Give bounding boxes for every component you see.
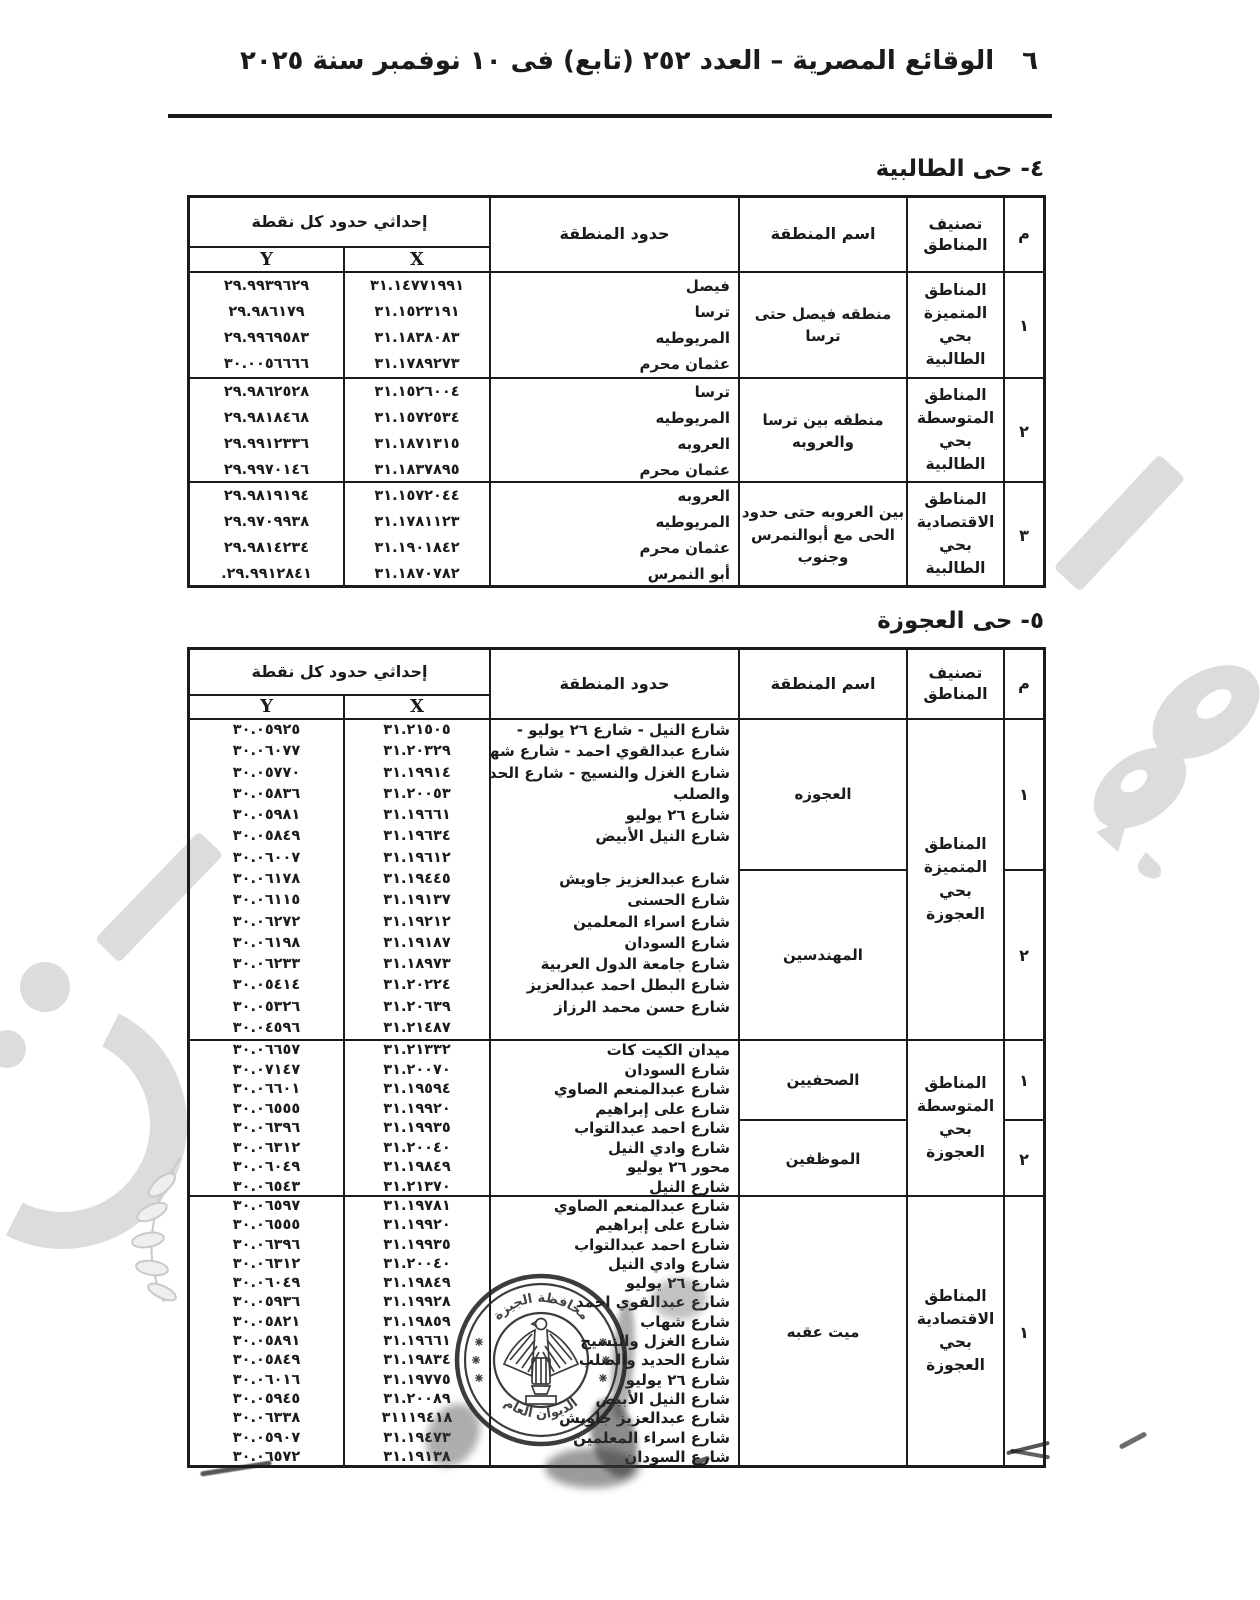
y-value: ٢٩.٩٩١٢٨٤١.: [190, 561, 343, 585]
column-header-y: Y: [190, 248, 343, 273]
row-number: ٢: [1005, 1119, 1043, 1195]
gazette-header-title: الوقائع المصرية – العدد ٢٥٢ (تابع) فى ١٠…: [212, 46, 1022, 76]
x-value: ٣١.١٧٨٩٢٧٣: [345, 351, 489, 377]
x-value: ٣١.١٩٥٩٤: [345, 1080, 489, 1100]
column-header-m: م: [1003, 198, 1043, 273]
boundary-line: عثمان محرم: [491, 351, 738, 377]
x-value: ٣١.٢٠٦٣٩: [345, 997, 489, 1018]
section-title: ٥- حى العجوزة: [193, 608, 1044, 634]
boundaries-cell: فيصلترساالمريوطيهعثمان محرم: [489, 273, 738, 377]
y-value: ٢٩.٩٩٣٩٦٢٩: [190, 273, 343, 299]
boundary-line: عثمان محرم: [491, 457, 738, 481]
y-value: ٢٩.٩٨١٩١٩٤: [190, 483, 343, 509]
row-number: ٣: [1005, 483, 1043, 585]
x-value: ٣١.١٩٩٢٠: [345, 1216, 489, 1235]
x-value: ٣١.١٩١٣٧: [345, 890, 489, 911]
classification-cell: المناطق المتميزة بحي الطالبية: [906, 273, 1003, 377]
y-value: ٣٠.٠٦١١٥: [190, 890, 343, 911]
y-value: ٢٩.٩٩٦٩٥٨٣: [190, 325, 343, 351]
boundary-lines: ترساالمريوطيهالعروبهعثمان محرم: [491, 379, 738, 481]
boundary-line: شارع احمد عبدالتواب: [491, 1236, 738, 1255]
x-value: ٣١.١٥٧٢٠٤٤: [345, 483, 489, 509]
boundary-line: شارع البطل احمد عبدالعزيز: [491, 975, 738, 996]
boundary-lines: شارع النيل - شارع ٢٦ يوليو -شارع عبدالقو…: [491, 720, 738, 869]
column-header-x: X: [343, 696, 489, 720]
y-value: ٣٠.٠٦٣٩٦: [190, 1236, 343, 1255]
x-value: ٣١.١٩٠١٨٤٢: [345, 535, 489, 561]
boundary-line: شارع الغزل والنسيج - شارع الحديد: [491, 763, 738, 784]
area-name: ميت عقبه: [740, 1197, 906, 1465]
x-value: ٣١.٢١٣٣٢: [345, 1041, 489, 1061]
row-number: ١: [1005, 273, 1043, 377]
x-value: ٣١.١٥٧٢٥٣٤: [345, 405, 489, 431]
boundary-lines: ميدان الكيت كاتشارع السودانشارع عبدالمنع…: [491, 1041, 738, 1119]
x-values: ٣١.١٥٧٢٠٤٤٣١.١٧٨١١٢٣٣١.١٩٠١٨٤٢٣١.١٨٧٠٧٨٢: [345, 483, 489, 585]
x-value: ٣١.١٩٩٢٠: [345, 1100, 489, 1120]
y-value: ٣٠.٠٥٨٣٦: [190, 784, 343, 805]
row-number: ٢: [1005, 869, 1043, 1039]
column-header-classification: تصنيف المناطق: [906, 198, 1003, 273]
row-number-cell: ١: [1003, 1195, 1043, 1465]
x-value: ٣١.١٩٩٣٥: [345, 1236, 489, 1255]
boundary-line: محور ٢٦ يوليو: [491, 1158, 738, 1178]
classification-cell: المناطق الاقتصادية بحي العجوزة: [906, 1195, 1003, 1465]
boundary-line: شارع النيل الأبيض: [491, 826, 738, 847]
area-name: منطقه بين ترسا والعروبه: [740, 379, 906, 481]
y-value: ٣٠.٠٦٦٠١: [190, 1080, 343, 1100]
y-value: ٣٠.٠٦٢٧٢: [190, 912, 343, 933]
gazette-scanned-page: ٦ الوقائع المصرية – العدد ٢٥٢ (تابع) فى …: [0, 0, 1260, 1600]
x-value: ٣١.١٥٢٣١٩١: [345, 299, 489, 325]
x-value: ٣١.٢٠٠٤٠: [345, 1139, 489, 1159]
y-value: ٣٠.٠٦٠٤٩: [190, 1158, 343, 1178]
boundary-line: ترسا: [491, 379, 738, 405]
ink-smudge-stamp-edge: [652, 1278, 707, 1320]
x-value: ٣١.١٨٧٠٧٨٢: [345, 561, 489, 585]
y-coordinates-cell: ٢٩.٩٨١٩١٩٤٢٩.٩٧٠٩٩٣٨٢٩.٩٨١٤٢٣٤٢٩.٩٩١٢٨٤١…: [190, 481, 343, 585]
area-name-cell: الصحفيينالموظفين: [738, 1039, 906, 1195]
classification-cell: المناطق المتميزة بحي العجوزة: [906, 720, 1003, 1039]
watermark-calligraphy-right: [1088, 650, 1260, 885]
boundary-line: شارع الحسنى: [491, 890, 738, 911]
page-header: ٦ الوقائع المصرية – العدد ٢٥٢ (تابع) فى …: [212, 46, 1038, 76]
pen-mark-right: [1119, 1431, 1148, 1449]
eagle-emblem: [504, 1319, 578, 1405]
y-value: ٢٩.٩٨٦١٧٩: [190, 299, 343, 325]
official-round-stamp: محافظة الجيزة الديوان العام: [452, 1262, 630, 1462]
boundary-line: شارع النيل - شارع ٢٦ يوليو -: [491, 720, 738, 741]
boundary-line: فيصل: [491, 273, 738, 299]
y-value: ٣٠.٠٦٥٥٥: [190, 1216, 343, 1235]
boundary-line: شارع جامعة الدول العربية: [491, 954, 738, 975]
boundary-line: شارع النيل: [491, 1178, 738, 1196]
boundary-line: شارع عبدالقوي احمد - شارع شهاب -: [491, 741, 738, 762]
boundary-line: ميدان الكيت كات: [491, 1041, 738, 1061]
x-value: ٣١.٢٠٢٢٤: [345, 975, 489, 996]
row-number: ١: [1005, 720, 1043, 869]
x-values: ٣١.١٩٩٣٥٣١.٢٠٠٤٠٣١.١٩٨٤٩٣١.٢١٣٧٠: [345, 1119, 489, 1195]
y-value: ٢٩.٩٨٦٢٥٢٨: [190, 379, 343, 405]
x-values: ٣١.١٤٧٧١٩٩١٣١.١٥٢٣١٩١٣١.١٨٣٨٠٨٣٣١.١٧٨٩٢٧…: [345, 273, 489, 377]
y-values: ٣٠.٠٦١٧٨٣٠.٠٦١١٥٣٠.٠٦٢٧٢٣٠.٠٦١٩٨٣٠.٠٦٢٣٣…: [190, 869, 343, 1039]
boundaries-cell: ميدان الكيت كاتشارع السودانشارع عبدالمنع…: [489, 1039, 738, 1195]
y-value: ٣٠.٠٥٣٢٦: [190, 997, 343, 1018]
row-number-cell: ٣: [1003, 481, 1043, 585]
area-name-cell: بين العروبه حتى حدود الحى مع أبوالنمرس و…: [738, 481, 906, 585]
x-value: ٣١.٢١٥٠٥: [345, 720, 489, 741]
row-number-cell: ١٢: [1003, 1039, 1043, 1195]
column-header-coordinates: إحداثي حدود كل نقطة: [190, 198, 489, 248]
y-coordinates-cell: ٣٠.٠٦٥٩٧٣٠.٠٦٥٥٥٣٠.٠٦٣٩٦٣٠.٠٦٣١٢٣٠.٠٦٠٤٩…: [190, 1195, 343, 1465]
area-name: المهندسين: [740, 869, 906, 1039]
x-values: ٣١.٢١٣٣٢٣١.٢٠٠٧٠٣١.١٩٥٩٤٣١.١٩٩٢٠: [345, 1041, 489, 1119]
x-values: ٣١.١٥٢٦٠٠٤٣١.١٥٧٢٥٣٤٣١.١٨٧١٣١٥٣١.١٨٣٧٨٩٥: [345, 379, 489, 481]
y-value: ٣٠.٠٥٩٠٧: [190, 1429, 343, 1448]
x-coordinates-cell: ٣١.١٥٧٢٠٤٤٣١.١٧٨١١٢٣٣١.١٩٠١٨٤٢٣١.١٨٧٠٧٨٢: [343, 481, 489, 585]
boundary-lines: شارع احمد عبدالتوابشارع وادي النيلمحور ٢…: [491, 1119, 738, 1195]
y-value: ٣٠.٠٥٨٤٩: [190, 826, 343, 847]
y-value: ٢٩.٩٧٠٩٩٣٨: [190, 509, 343, 535]
boundary-line: شارع اسراء المعلمين: [491, 912, 738, 933]
classification-cell: المناطق المتوسطة بحي الطالبية: [906, 377, 1003, 481]
y-value: ٣٠.٠٦٥٥٥: [190, 1100, 343, 1120]
y-value: ٣٠.٠٥٩٢٥: [190, 720, 343, 741]
y-value: ٣٠.٠٦٣٣٨: [190, 1409, 343, 1428]
y-values: ٣٠.٠٦٥٩٧٣٠.٠٦٥٥٥٣٠.٠٦٣٩٦٣٠.٠٦٣١٢٣٠.٠٦٠٤٩…: [190, 1197, 343, 1465]
page-number: ٦: [1022, 46, 1038, 76]
column-header-area-name: اسم المنطقة: [738, 650, 906, 720]
area-name: الموظفين: [740, 1119, 906, 1195]
x-value: ٣١.٢٠٠٥٣: [345, 784, 489, 805]
y-value: ٣٠.٠٥٩٣٦: [190, 1293, 343, 1312]
area-name: منطقه فيصل حتى ترسا: [740, 273, 906, 377]
classification-cell: المناطق المتوسطة بحي العجوزة: [906, 1039, 1003, 1195]
boundary-line: شارع عبدالمنعم الصاوي: [491, 1197, 738, 1216]
y-value: ٣٠.٠٦٦٥٧: [190, 1041, 343, 1061]
x-value: ٣١.١٩٧٨١: [345, 1197, 489, 1216]
y-value: ٣٠.٠٠٥٦٦٦٦: [190, 351, 343, 377]
x-values: ٣١.١٩٤٤٥٣١.١٩١٣٧٣١.١٩٢١٢٣١.١٩١٨٧٣١.١٨٩٧٣…: [345, 869, 489, 1039]
boundary-line: شارع حسن محمد الرزاز: [491, 997, 738, 1018]
y-value: ٣٠.٠٦٠٧٧: [190, 741, 343, 762]
watermark-laurel-branch: [112, 1150, 192, 1310]
x-value: ٣١.٢١٤٨٧: [345, 1018, 489, 1039]
y-value: ٣٠.٠٦٣١٢: [190, 1139, 343, 1159]
y-value: ٣٠.٠٦١٩٨: [190, 933, 343, 954]
y-coordinates-cell: ٣٠.٠٦٦٥٧٣٠.٠٧١٤٧٣٠.٠٦٦٠١٣٠.٠٦٥٥٥٣٠.٠٦٣٩٦…: [190, 1039, 343, 1195]
boundary-line: شارع على إبراهيم: [491, 1100, 738, 1120]
y-value: ٣٠.٠٥٤١٤: [190, 975, 343, 996]
x-value: ٣١.١٩٦١٢: [345, 848, 489, 869]
row-number: ١: [1005, 1197, 1043, 1465]
column-header-classification: تصنيف المناطق: [906, 650, 1003, 720]
boundaries-cell: ترساالمريوطيهالعروبهعثمان محرم: [489, 377, 738, 481]
boundary-line: شارع ٢٦ يوليو: [491, 805, 738, 826]
y-value: ٣٠.٠٦١٧٨: [190, 869, 343, 890]
y-value: ٣٠.٠٥٨٩١: [190, 1332, 343, 1351]
boundary-line: شارع السودان: [491, 933, 738, 954]
header-divider-line: [168, 114, 1052, 118]
area-name: بين العروبه حتى حدود الحى مع أبوالنمرس و…: [740, 483, 906, 585]
area-name: العجوزه: [740, 720, 906, 869]
area-name-cell: ميت عقبه: [738, 1195, 906, 1465]
x-value: ٣١.٢١٣٧٠: [345, 1178, 489, 1196]
area-name-cell: منطقه فيصل حتى ترسا: [738, 273, 906, 377]
y-value: ٣٠.٠٥٩٤٥: [190, 1390, 343, 1409]
x-value: ٣١.١٨٣٧٨٩٥: [345, 457, 489, 481]
boundary-line: شارع السودان: [491, 1061, 738, 1081]
column-header-area-name: اسم المنطقة: [738, 198, 906, 273]
x-value: ٣١.١٩٩٣٥: [345, 1119, 489, 1139]
y-coordinates-cell: ٢٩.٩٩٣٩٦٢٩٢٩.٩٨٦١٧٩٢٩.٩٩٦٩٥٨٣٣٠.٠٠٥٦٦٦٦: [190, 273, 343, 377]
x-value: ٣١.١٩٢١٢: [345, 912, 489, 933]
classification-cell: المناطق الاقتصادية بحي الطالبية: [906, 481, 1003, 585]
x-value: ٣١.١٩٨٤٩: [345, 1158, 489, 1178]
y-values: ٢٩.٩٨١٩١٩٤٢٩.٩٧٠٩٩٣٨٢٩.٩٨١٤٢٣٤٢٩.٩٩١٢٨٤١…: [190, 483, 343, 585]
row-number-cell: ١: [1003, 273, 1043, 377]
y-value: ٣٠.٠٦٣١٢: [190, 1255, 343, 1274]
y-value: ٢٩.٩٨١٨٤٦٨: [190, 405, 343, 431]
row-number-cell: ٢: [1003, 377, 1043, 481]
y-value: ٣٠.٠٧١٤٧: [190, 1061, 343, 1081]
y-value: ٢٩.٩٩٧٠١٤٦: [190, 457, 343, 481]
svg-text:الديوان العام: الديوان العام: [501, 1396, 581, 1423]
x-values: ٣١.٢١٥٠٥٣١.٢٠٣٢٩٣١.١٩٩١٤٣١.٢٠٠٥٣٣١.١٩٦٦١…: [345, 720, 489, 869]
x-coordinates-cell: ٣١.١٤٧٧١٩٩١٣١.١٥٢٣١٩١٣١.١٨٣٨٠٨٣٣١.١٧٨٩٢٧…: [343, 273, 489, 377]
x-coordinates-cell: ٣١.٢١٣٣٢٣١.٢٠٠٧٠٣١.١٩٥٩٤٣١.١٩٩٢٠٣١.١٩٩٣٥…: [343, 1039, 489, 1195]
boundary-line: أبو النمرس: [491, 561, 738, 585]
x-value: ٣١.١٩٦٣٤: [345, 826, 489, 847]
y-value: ٢٩.٩٩١٢٣٣٦: [190, 431, 343, 457]
y-value: ٣٠.٠٦٠١٦: [190, 1371, 343, 1390]
y-value: ٣٠.٠٦٥٤٣: [190, 1178, 343, 1196]
x-value: ٣١.١٧٨١١٢٣: [345, 509, 489, 535]
x-value: ٣١.١٩٦٦١: [345, 805, 489, 826]
boundary-line: والصلب: [491, 784, 738, 805]
boundary-line: العروبه: [491, 483, 738, 509]
x-value: ٣١.١٨٧١٣١٥: [345, 431, 489, 457]
boundary-lines: العروبهالمريوطيهعثمان محرمأبو النمرس: [491, 483, 738, 585]
boundaries-cell: شارع النيل - شارع ٢٦ يوليو -شارع عبدالقو…: [489, 720, 738, 1039]
boundary-line: شارع وادي النيل: [491, 1139, 738, 1159]
column-header-coordinates: إحداثي حدود كل نقطة: [190, 650, 489, 696]
y-values: ٣٠.٠٦٦٥٧٣٠.٠٧١٤٧٣٠.٠٦٦٠١٣٠.٠٦٥٥٥: [190, 1041, 343, 1119]
boundary-line: شارع عبدالعزيز جاويش: [491, 869, 738, 890]
x-value: ٣١.١٨٣٨٠٨٣: [345, 325, 489, 351]
x-value: ٣١.٢٠٣٢٩: [345, 741, 489, 762]
y-value: ٣٠.٠٤٥٩٦: [190, 1018, 343, 1039]
boundary-line: شارع على إبراهيم: [491, 1216, 738, 1235]
row-number-cell: ١٢: [1003, 720, 1043, 1039]
boundary-lines: فيصلترساالمريوطيهعثمان محرم: [491, 273, 738, 377]
boundary-line: المريوطيه: [491, 405, 738, 431]
x-value: ٣١.١٥٢٦٠٠٤: [345, 379, 489, 405]
watermark-diagonal-bar-right: [1053, 454, 1185, 592]
district-coordinates-table: متصنيف المناطقاسم المنطقةحدود المنطقةإحد…: [187, 195, 1046, 588]
x-value: ٣١.١٩٤٤٥: [345, 869, 489, 890]
y-value: ٣٠.٠٦٠٠٧: [190, 848, 343, 869]
y-value: ٢٩.٩٨١٤٢٣٤: [190, 535, 343, 561]
boundaries-cell: العروبهالمريوطيهعثمان محرمأبو النمرس: [489, 481, 738, 585]
boundary-line: عثمان محرم: [491, 535, 738, 561]
x-value: ٣١.١٨٩٧٣: [345, 954, 489, 975]
y-values: ٣٠.٠٦٣٩٦٣٠.٠٦٣١٢٣٠.٠٦٠٤٩٣٠.٠٦٥٤٣: [190, 1119, 343, 1195]
column-header-y: Y: [190, 696, 343, 720]
y-values: ٢٩.٩٨٦٢٥٢٨٢٩.٩٨١٨٤٦٨٢٩.٩٩١٢٣٣٦٢٩.٩٩٧٠١٤٦: [190, 379, 343, 481]
boundary-lines: شارع عبدالعزيز جاويششارع الحسنىشارع اسرا…: [491, 869, 738, 1039]
y-value: ٣٠.٠٦٠٤٩: [190, 1274, 343, 1293]
column-header-x: X: [343, 248, 489, 273]
boundary-line: شارع عبدالمنعم الصاوي: [491, 1080, 738, 1100]
area-name-cell: منطقه بين ترسا والعروبه: [738, 377, 906, 481]
y-coordinates-cell: ٢٩.٩٨٦٢٥٢٨٢٩.٩٨١٨٤٦٨٢٩.٩٩١٢٣٣٦٢٩.٩٩٧٠١٤٦: [190, 377, 343, 481]
x-value: ٣١.١٩١٨٧: [345, 933, 489, 954]
boundary-line: شارع احمد عبدالتواب: [491, 1119, 738, 1139]
y-values: ٣٠.٠٥٩٢٥٣٠.٠٦٠٧٧٣٠.٠٥٧٧٠٣٠.٠٥٨٣٦٣٠.٠٥٩٨١…: [190, 720, 343, 869]
x-value: ٣١.١٩٩١٤: [345, 763, 489, 784]
y-coordinates-cell: ٣٠.٠٥٩٢٥٣٠.٠٦٠٧٧٣٠.٠٥٧٧٠٣٠.٠٥٨٣٦٣٠.٠٥٩٨١…: [190, 720, 343, 1039]
x-coordinates-cell: ٣١.٢١٥٠٥٣١.٢٠٣٢٩٣١.١٩٩١٤٣١.٢٠٠٥٣٣١.١٩٦٦١…: [343, 720, 489, 1039]
boundary-line: المريوطيه: [491, 509, 738, 535]
y-value: ٣٠.٠٥٧٧٠: [190, 763, 343, 784]
y-value: ٣٠.٠٦٥٩٧: [190, 1197, 343, 1216]
boundary-line: ترسا: [491, 299, 738, 325]
column-header-boundaries: حدود المنطقة: [489, 198, 738, 273]
boundary-line: العروبه: [491, 431, 738, 457]
area-name: الصحفيين: [740, 1041, 906, 1119]
column-header-boundaries: حدود المنطقة: [489, 650, 738, 720]
y-value: ٣٠.٠٥٨٤٩: [190, 1351, 343, 1370]
column-header-m: م: [1003, 650, 1043, 720]
boundary-line: المريوطيه: [491, 325, 738, 351]
y-value: ٣٠.٠٥٨٢١: [190, 1313, 343, 1332]
x-value: ٣١.١٤٧٧١٩٩١: [345, 273, 489, 299]
y-value: ٣٠.٠٦٢٣٣: [190, 954, 343, 975]
section-title: ٤- حى الطالبية: [193, 156, 1044, 182]
row-number: ١: [1005, 1041, 1043, 1119]
x-value: ٣١.٢٠٠٧٠: [345, 1061, 489, 1081]
x-coordinates-cell: ٣١.١٥٢٦٠٠٤٣١.١٥٧٢٥٣٤٣١.١٨٧١٣١٥٣١.١٨٣٧٨٩٥: [343, 377, 489, 481]
y-value: ٣٠.٠٦٣٩٦: [190, 1119, 343, 1139]
y-values: ٢٩.٩٩٣٩٦٢٩٢٩.٩٨٦١٧٩٢٩.٩٩٦٩٥٨٣٣٠.٠٠٥٦٦٦٦: [190, 273, 343, 377]
area-name-cell: العجوزهالمهندسين: [738, 720, 906, 1039]
row-number: ٢: [1005, 379, 1043, 481]
y-value: ٣٠.٠٥٩٨١: [190, 805, 343, 826]
